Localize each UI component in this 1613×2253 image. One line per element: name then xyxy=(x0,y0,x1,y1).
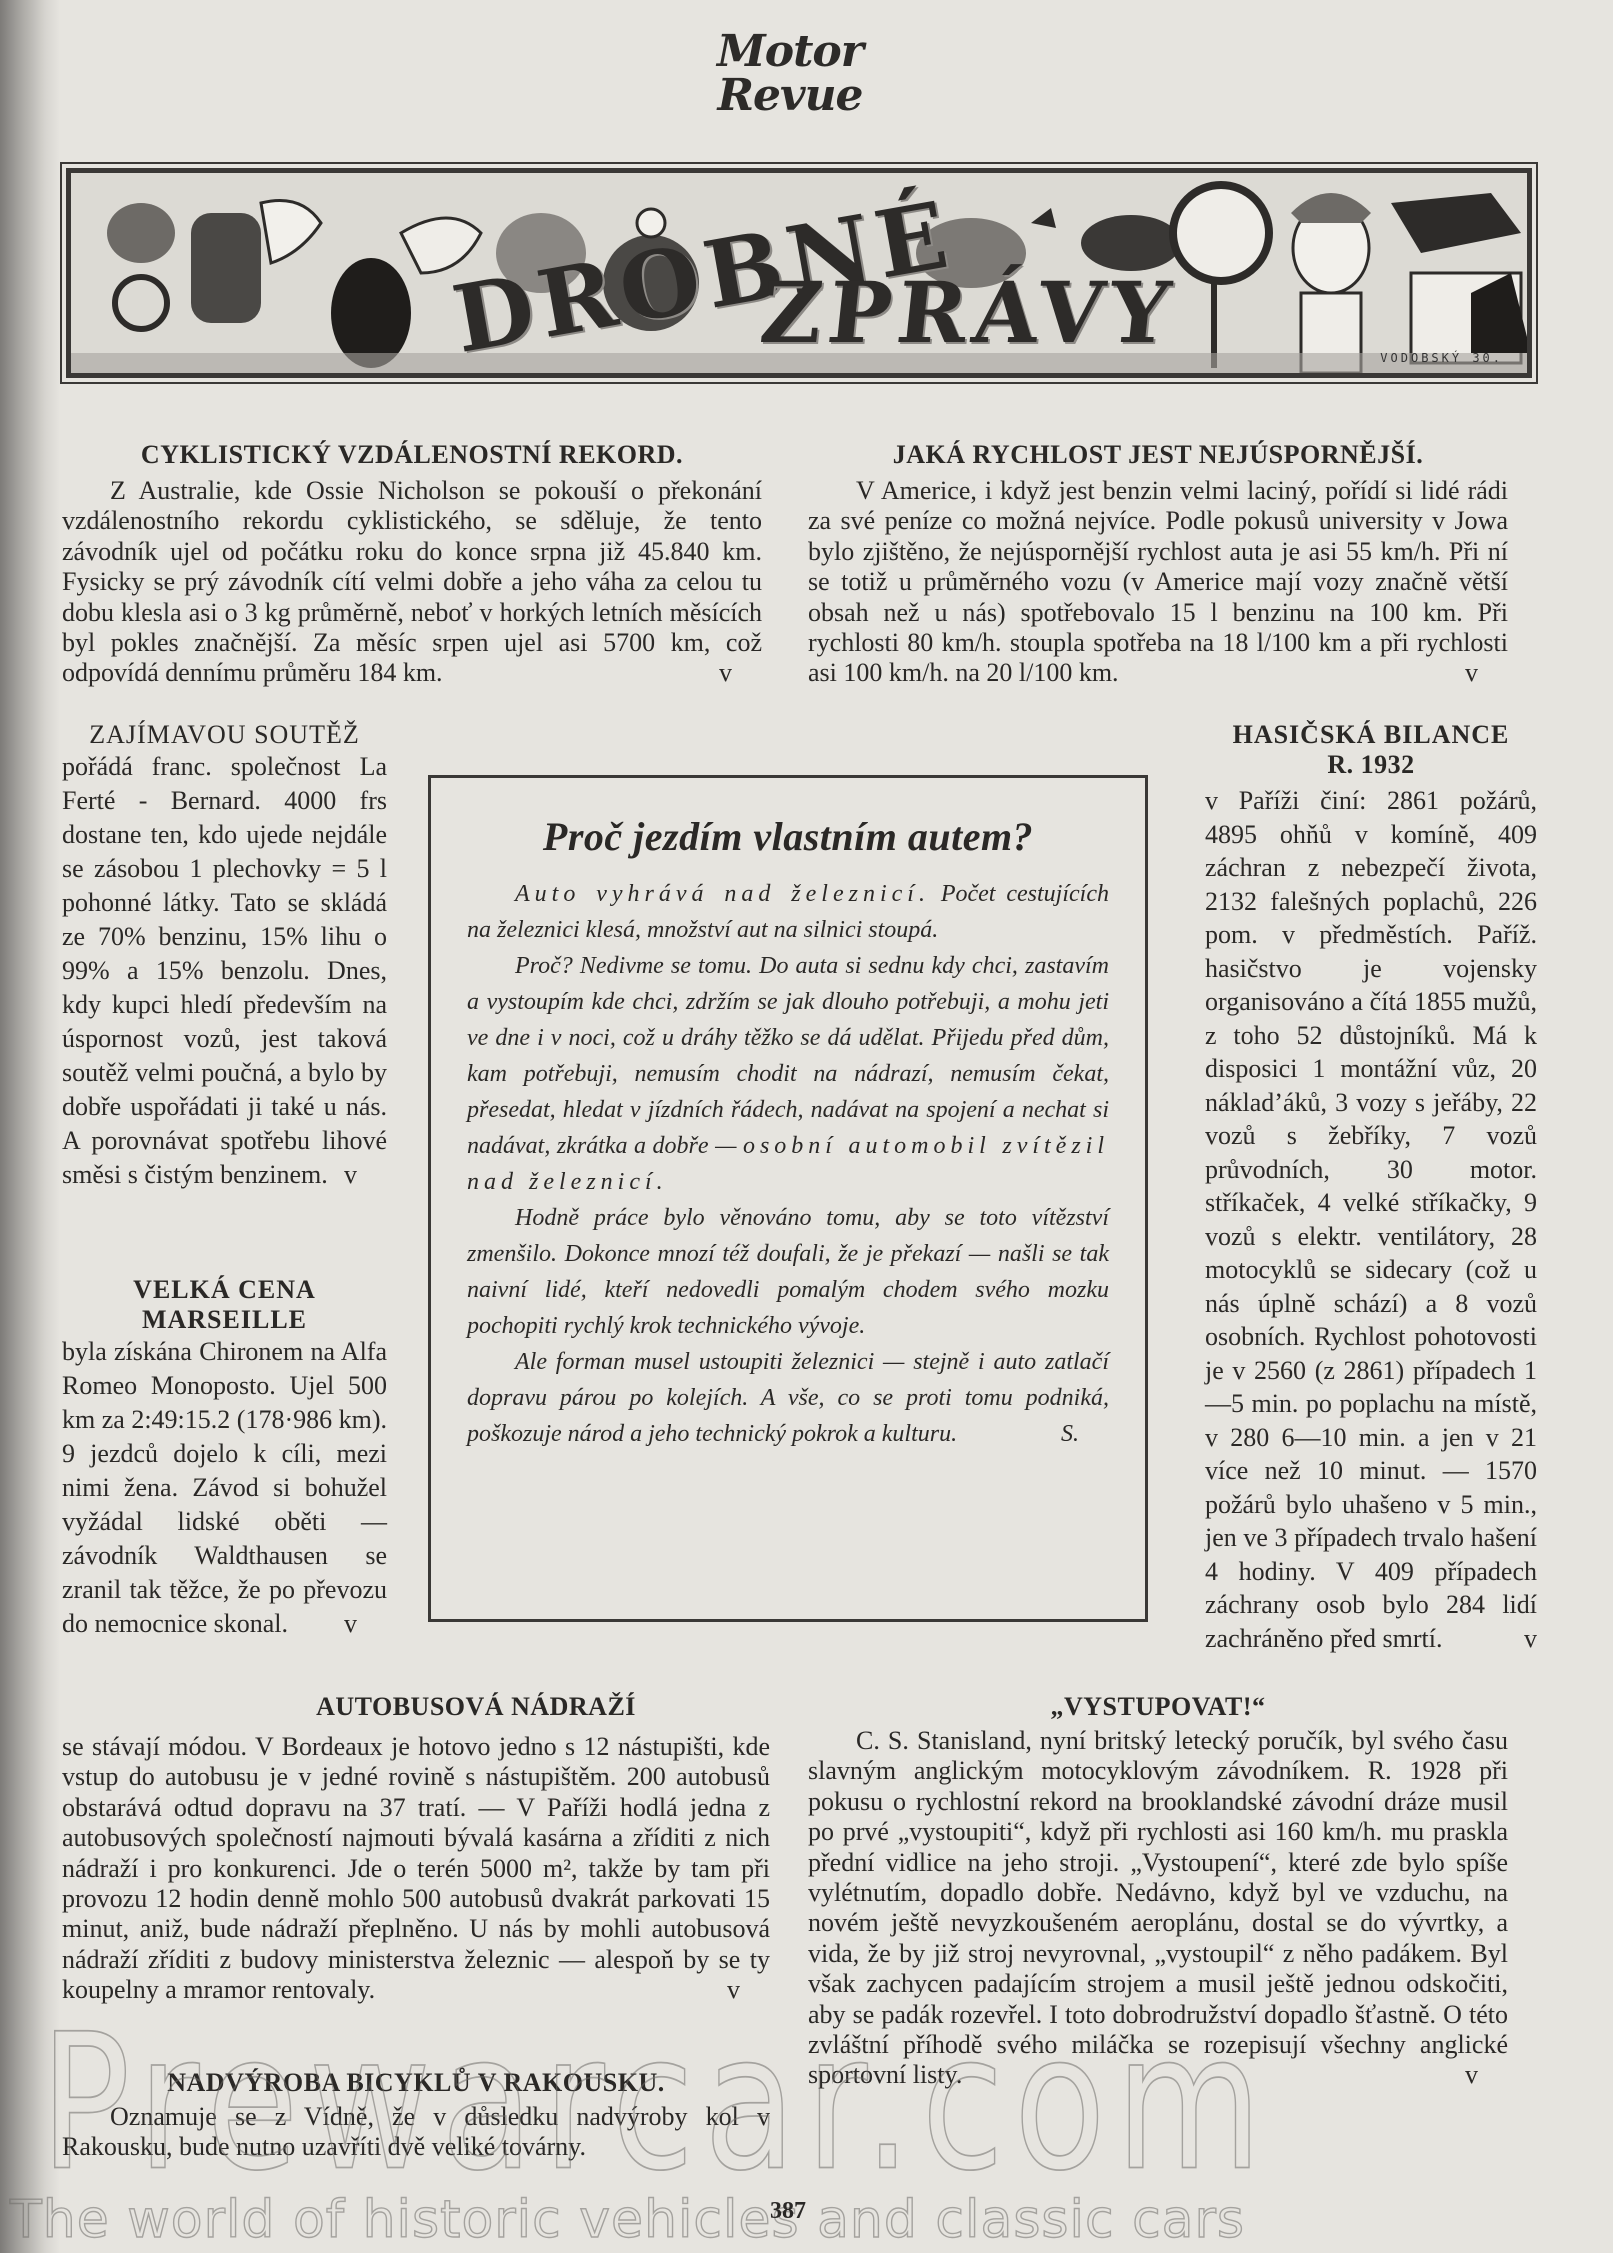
banner-title: DROBNÉ ZPRÁVY xyxy=(431,203,1151,363)
article-body: Oznamuje se z Vídně, že v důsledku nadvý… xyxy=(62,2102,770,2163)
article-heading: AUTOBUSOVÁ NÁDRAŽÍ xyxy=(62,1692,770,1722)
article-heading: NADVÝROBA BICYKLŮ V RAKOUSKU. xyxy=(62,2068,770,2098)
editorial-paragraph: Hodně práce bylo věnováno tomu, aby se t… xyxy=(467,1200,1109,1344)
article-signature: v xyxy=(344,1158,357,1192)
article-text: pořádá franc. společnost La Ferté - Bern… xyxy=(62,752,387,1189)
masthead-line1: Motor xyxy=(690,30,890,74)
page-gutter-shadow xyxy=(0,0,60,2253)
article-fire-brigade-balance: HASIČSKÁ BILANCE R. 1932 v Paříži činí: … xyxy=(1205,720,1537,1655)
article-heading: JAKÁ RYCHLOST JEST NEJÚSPORNĚJŠÍ. xyxy=(808,440,1508,470)
article-text: Z Australie, kde Ossie Nicholson se poko… xyxy=(62,476,762,687)
article-text: V Americe, i když jest benzin velmi laci… xyxy=(808,476,1508,687)
watermark-tagline: The world of historic vehicles and class… xyxy=(10,2190,1245,2250)
article-text: C. S. Stanisland, nyní britský letecký p… xyxy=(808,1726,1508,2089)
article-signature: v xyxy=(727,1975,740,2005)
article-signature: v xyxy=(1417,2060,1478,2090)
editorial-body: Auto vyhrává nad železnicí. Počet cestuj… xyxy=(467,876,1109,1452)
section-banner-illustration: DROBNÉ ZPRÁVY VODOBSKÝ 30. xyxy=(66,168,1532,378)
article-signature: v xyxy=(1417,658,1478,688)
masthead-line2: Revue xyxy=(690,74,890,118)
editorial-lead-spaced: Auto vyhrává nad železnicí. xyxy=(515,881,930,907)
article-body: se stávají módou. V Bordeaux je hotovo j… xyxy=(62,1732,770,2006)
article-bail-out: „VYSTUPOVAT!“ C. S. Stanisland, nyní bri… xyxy=(808,1692,1508,2091)
editorial-paragraph: Proč? Nedivme se tomu. Do auta si sednu … xyxy=(467,953,1109,1159)
article-subheading: R. 1932 xyxy=(1205,750,1537,780)
article-heading: „VYSTUPOVAT!“ xyxy=(808,1692,1508,1722)
article-body: Z Australie, kde Ossie Nicholson se poko… xyxy=(62,476,762,689)
article-text: Oznamuje se z Vídně, že v důsledku nadvý… xyxy=(62,2102,770,2163)
illustrator-signature: VODOBSKÝ 30. xyxy=(1380,351,1503,365)
article-body: byla získána Chironem na Alfa Romeo Mono… xyxy=(62,1335,387,1641)
page-number: 387 xyxy=(770,2198,806,2225)
article-signature: v xyxy=(1524,1622,1537,1656)
magazine-masthead: Motor Revue xyxy=(690,30,890,118)
article-text: se stávají módou. V Bordeaux je hotovo j… xyxy=(62,1732,770,2004)
article-cycling-record: CYKLISTICKÝ VZDÁLENOSTNÍ REKORD. Z Austr… xyxy=(62,440,762,689)
editorial-title: Proč jezdím vlastním autem? xyxy=(467,812,1109,862)
article-bicycle-overproduction: NADVÝROBA BICYKLŮ V RAKOUSKU. Oznamuje s… xyxy=(62,2068,770,2163)
editorial-box-why-i-drive: Proč jezdím vlastním autem? Auto vyhrává… xyxy=(428,775,1148,1622)
article-marseille-grand-prix: VELKÁ CENA MARSEILLE byla získána Chiron… xyxy=(62,1275,387,1641)
article-heading: VELKÁ CENA MARSEILLE xyxy=(62,1275,387,1335)
article-text: byla získána Chironem na Alfa Romeo Mono… xyxy=(62,1337,387,1638)
article-body: V Americe, i když jest benzin velmi laci… xyxy=(808,476,1508,689)
article-heading: HASIČSKÁ BILANCE xyxy=(1205,720,1537,750)
article-economical-speed: JAKÁ RYCHLOST JEST NEJÚSPORNĚJŠÍ. V Amer… xyxy=(808,440,1508,689)
article-body: v Paříži činí: 2861 požárů, 4895 ohňů v … xyxy=(1205,784,1537,1655)
editorial-signature: S. xyxy=(1013,1416,1079,1452)
article-interesting-contest: ZAJÍMAVOU SOUTĚŽ pořádá franc. společnos… xyxy=(62,720,387,1192)
banner-title-word2: ZPRÁVY xyxy=(756,263,1181,362)
article-heading: CYKLISTICKÝ VZDÁLENOSTNÍ REKORD. xyxy=(62,440,762,470)
article-body: pořádá franc. společnost La Ferté - Bern… xyxy=(62,750,387,1192)
article-bus-stations: AUTOBUSOVÁ NÁDRAŽÍ se stávají módou. V B… xyxy=(62,1692,770,2006)
article-heading: ZAJÍMAVOU SOUTĚŽ xyxy=(62,720,387,750)
article-text: v Paříži činí: 2861 požárů, 4895 ohňů v … xyxy=(1205,786,1537,1653)
article-signature: v xyxy=(671,658,732,688)
article-body: C. S. Stanisland, nyní britský letecký p… xyxy=(808,1726,1508,2091)
article-signature: v xyxy=(344,1607,357,1641)
